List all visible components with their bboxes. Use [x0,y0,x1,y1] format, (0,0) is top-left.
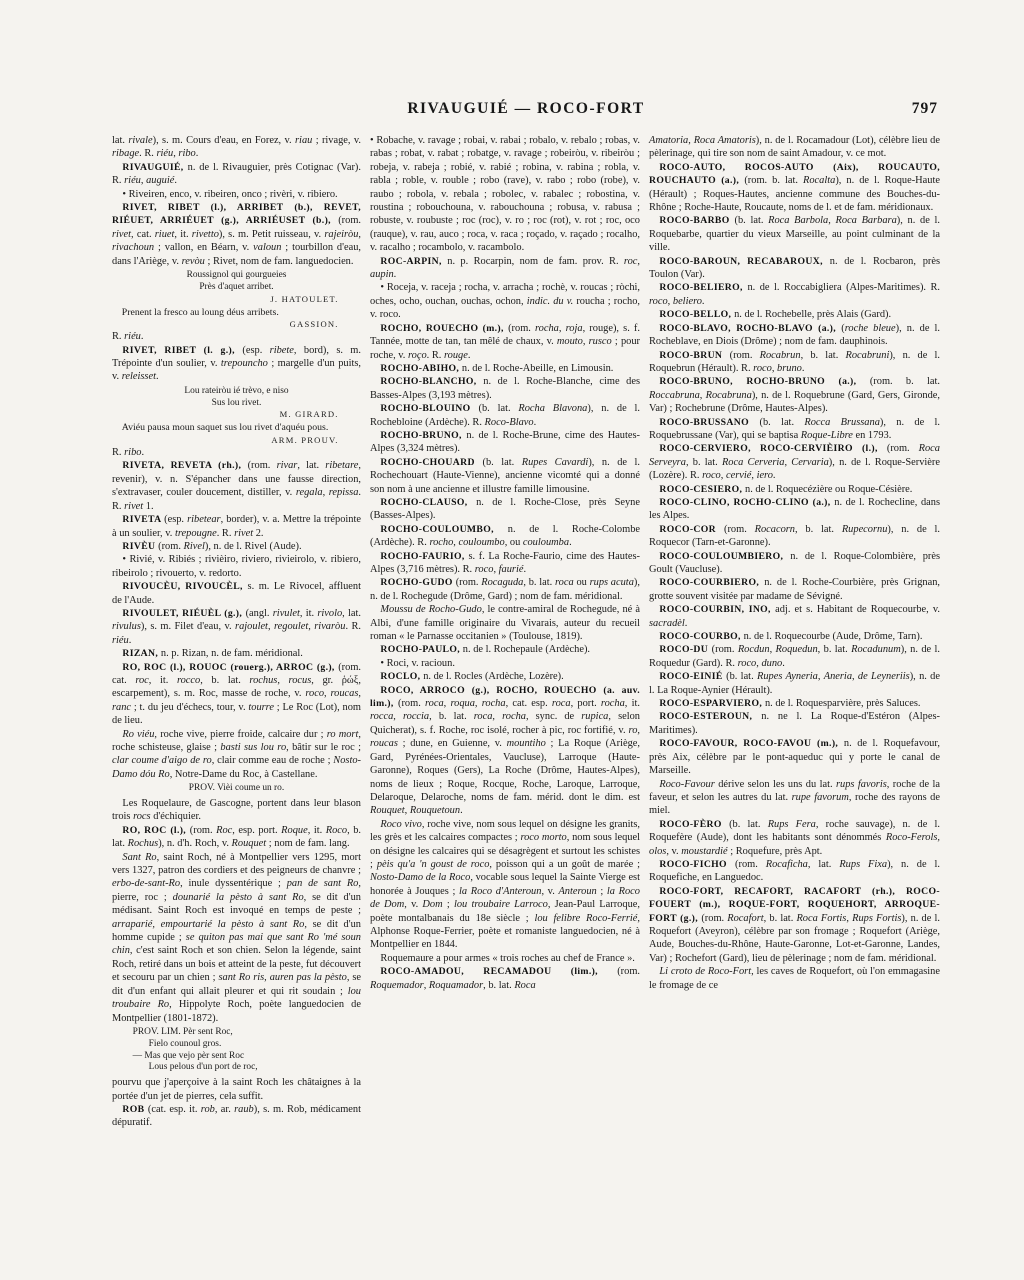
headword: ROCO-ESTEROUN, [659,711,761,722]
column-3: Amatoria, Roca Amatoris), n. de l. Rocam… [649,134,940,1130]
dictionary-entry: ROCHO-BLOUINO (b. lat. Rocha Blavona), n… [370,402,640,429]
headword: ROCO-BELLO, [659,309,734,320]
headword: ROCO-AMADOU, RECAMADOU (lim.), [380,966,617,977]
verse-line: Fielo counoul gros. [133,1039,361,1051]
headword: ROCO-ESPARVIERO, [659,698,765,709]
paragraph: • Riveiren, enco, v. ribeiren, onco ; ri… [112,188,361,201]
headword: RIVOUCÈU, RIVOUCÈL, [122,581,247,592]
headword: ROC-ARPIN, [380,256,447,267]
dictionary-entry: RIVET, RIBET (l.), ARRIBET (b.), REVET, … [112,201,361,268]
headword: ROCHO-BRUNO, [380,430,466,441]
headword: ROCO-BRUSSANO [659,417,759,428]
headword: ROCO-BLAVO, ROCHO-BLAVO (a.), [659,323,841,334]
headword: ROCHO-CHOUARD [380,457,482,468]
dictionary-entry: ROCO-COURBIN, INO, adj. et s. Habitant d… [649,603,940,630]
running-title: RIVAUGUIÉ — ROCO-FORT [112,100,940,118]
dictionary-entry: ROCO-BARBO (b. lat. Roca Barbola, Roca B… [649,214,940,254]
dictionary-entry: ROB (cat. esp. it. rob, ar. raub), s. m.… [112,1103,361,1130]
dictionary-entry: ROCO-FÈRO (b. lat. Rups Fera, roche sauv… [649,818,940,858]
headword: ROCO-CLINO, ROCHO-CLINO (a.), [659,497,834,508]
headword: ROCHO-COULOUMBO, [380,524,507,535]
paragraph: Prenent la fresco au loung déus arribets… [112,307,361,331]
verse-line: Près d'aquet arribet. [112,282,361,294]
dictionary-entry: ROCO-BRUN (rom. Rocabrun, b. lat. Rocabr… [649,349,940,376]
dictionary-entry: ROCHO-GUDO (rom. Rocaguda, b. lat. roca … [370,576,640,603]
headword: ROCO-COULOUMBIERO, [659,551,790,562]
dictionary-entry: ROCO-CESIERO, n. de l. Roquecézière ou R… [649,483,940,496]
paragraph: Ro viéu, roche vive, pierre froide, calc… [112,728,361,782]
verse-line: PROV. Vièi coume un ro. [112,783,361,795]
verse-block: Lou rateiròu ié trèvo, e nisoSus lou riv… [112,386,361,421]
attribution: ARM. PROUV. [112,435,361,446]
headword: ROCO-CESIERO, [659,484,745,495]
text-columns: lat. rivale), s. m. Cours d'eau, en Fore… [112,134,940,1130]
headword: RO, ROC (l.), ROUOC (rouerg.), ARROC (g.… [122,662,338,673]
paragraph: Les Roquelaure, de Gascogne, portent dan… [112,797,361,824]
paragraph: • Roci, v. racioun. [370,657,640,670]
headword: ROCHO-BLANCHO, [380,376,483,387]
dictionary-entry: ROCO-ESPARVIERO, n. de l. Roquesparvière… [649,697,940,710]
dictionary-entry: ROCHO-COULOUMBO, n. de l. Roche-Colombe … [370,523,640,550]
dictionary-entry: ROCO-EINIÉ (b. lat. Rupes Ayneria, Aneri… [649,670,940,697]
paragraph: • Rivié, v. Ribiés ; rivièiro, riviero, … [112,553,361,580]
verse-line: Lou rateiròu ié trèvo, e niso [112,386,361,398]
scanned-dictionary-page: RIVAUGUIÉ — ROCO-FORT 797 lat. rivale), … [0,0,1024,1280]
headword: ROCHO-FAURIO, [380,551,468,562]
dictionary-entry: ROCHO-BRUNO, n. de l. Roche-Brune, cime … [370,429,640,456]
headword: RIVETA, REVETA (rh.), [122,460,247,471]
paragraph: Moussu de Rocho-Gudo, le contre-amiral d… [370,603,640,643]
dictionary-entry: ROCO-FICHO (rom. Rocaficha, lat. Rups Fi… [649,858,940,885]
headword: ROCO-BAROUN, RECABAROUX, [659,256,829,267]
page-content: RIVAUGUIÉ — ROCO-FORT 797 lat. rivale), … [112,100,940,1130]
dictionary-entry: RIZAN, n. p. Rizan, n. de fam. méridiona… [112,647,361,660]
headword: ROCO-COURBIERO, [659,577,764,588]
headword: ROCHO-BLOUINO [380,403,478,414]
dictionary-entry: ROCHO-ABIHO, n. de l. Roche-Abeille, en … [370,362,640,375]
headword: ROCLO, [380,671,423,682]
dictionary-entry: ROCHO, ROUECHO (m.), (rom. rocha, roja, … [370,322,640,362]
dictionary-entry: ROCO-COULOUMBIERO, n. de l. Roque-Colomb… [649,550,940,577]
headword: ROCO-FICHO [659,859,735,870]
dictionary-entry: ROCO-BLAVO, ROCHO-BLAVO (a.), (roche ble… [649,322,940,349]
headword: ROCHO-PAULO, [380,644,462,655]
headword: RIVOULET, RIÉUÈL (g.), [122,608,245,619]
paragraph: pourvu que j'aperçoive à la saint Roch l… [112,1076,361,1103]
dictionary-entry: RIVÈU (rom. Rivel), n. de l. Rivel (Aude… [112,540,361,553]
verse-line: Sus lou rivet. [112,398,361,410]
verse-block: Roussignol qui gourgueiesPrès d'aquet ar… [112,270,361,305]
dictionary-entry: RIVAUGUIÉ, n. de l. Rivauguier, près Cot… [112,161,361,188]
paragraph: Amatoria, Roca Amatoris), n. de l. Rocam… [649,134,940,161]
headword: RIVET, RIBET (l.), ARRIBET (b.), REVET, … [112,202,361,226]
headword: ROCO-COURBIN, INO, [659,604,775,615]
paragraph: • Roceja, v. raceja ; rocha, v. arracha … [370,281,640,321]
headword: ROCO-FÈRO [659,819,729,830]
headword: ROB [122,1104,148,1115]
headword: ROCO-DU [659,644,711,655]
dictionary-entry: RIVETA (esp. ribetear, border), v. a. Me… [112,513,361,540]
dictionary-entry: RIVOULET, RIÉUÈL (g.), (angl. rivulet, i… [112,607,361,647]
verse-line: Roussignol qui gourgueies [112,270,361,282]
paragraph: Roco-Favour dérive selon les uns du lat.… [649,778,940,818]
dictionary-entry: ROC-ARPIN, n. p. Rocarpin, nom de fam. p… [370,255,640,282]
dictionary-entry: ROCO, ARROCO (g.), ROCHO, ROUECHO (a. au… [370,684,640,818]
dictionary-entry: RIVET, RIBET (l. g.), (esp. ribete, bord… [112,344,361,384]
headword: ROCO-FAVOUR, ROCO-FAVOU (m.), [659,738,843,749]
paragraph: lat. rivale), s. m. Cours d'eau, en Fore… [112,134,361,161]
headword: RIZAN, [122,648,161,659]
headword: RIVÈU [122,541,158,552]
dictionary-entry: ROCO-CERVIERO, ROCO-CERVIÈIRO (l.), (rom… [649,442,940,482]
paragraph: Roco vivo, roche vive, nom sous lequel o… [370,818,640,952]
dictionary-entry: ROCHO-PAULO, n. de l. Rochepaule (Ardèch… [370,643,640,656]
dictionary-entry: ROCO-COR (rom. Rocacorn, b. lat. Rupecor… [649,523,940,550]
headword: ROCO-CERVIERO, ROCO-CERVIÈIRO (l.), [659,443,886,454]
headword: ROCO-BRUN [659,350,729,361]
headword: ROCO-EINIÉ [659,671,726,682]
headword: RIVET, RIBET (l. g.), [122,345,242,356]
dictionary-entry: ROCO-BAROUN, RECABAROUX, n. de l. Rocbar… [649,255,940,282]
dictionary-entry: ROCO-AUTO, ROCOS-AUTO (Aix), ROUCAUTO, R… [649,161,940,215]
dictionary-entry: ROCHO-CHOUARD (b. lat. Rupes Cavardi), n… [370,456,640,496]
attribution: M. GIRARD. [112,409,361,420]
headword: RIVAUGUIÉ, [122,162,187,173]
dictionary-entry: ROCO-CLINO, ROCHO-CLINO (a.), n. de l. R… [649,496,940,523]
paragraph: Li croto de Roco-Fort, les caves de Roqu… [649,965,940,992]
headword: ROCO-AUTO, ROCOS-AUTO (Aix), ROUCAUTO, R… [649,162,940,186]
paragraph: Roquemaure a pour armes « trois roches a… [370,952,640,965]
dictionary-entry: ROCLO, n. de l. Rocles (Ardèche, Lozère)… [370,670,640,683]
headword: ROCHO-ABIHO, [380,363,462,374]
verse-line: PROV. LIM. Pèr sent Roc, [133,1027,361,1039]
paragraph: R. ribo. [112,446,361,459]
dictionary-entry: ROCO-FORT, RECAFORT, RACAFORT (rh.), ROC… [649,885,940,965]
page-number: 797 [912,100,938,118]
headword: ROCO-COR [659,524,724,535]
dictionary-entry: ROCHO-CLAUSO, n. de l. Roche-Close, près… [370,496,640,523]
page-header: RIVAUGUIÉ — ROCO-FORT 797 [112,100,940,126]
headword: ROCO-COURBO, [659,631,743,642]
dictionary-entry: ROCO-COURBO, n. de l. Roquecourbe (Aude,… [649,630,940,643]
verse-line: — Mas que vejo pèr sent Roc [133,1051,361,1063]
dictionary-entry: RO, ROC (l.), ROUOC (rouerg.), ARROC (g.… [112,661,361,728]
verse-block: PROV. Vièi coume un ro. [112,783,361,795]
dictionary-entry: ROCO-AMADOU, RECAMADOU (lim.), (rom. Roq… [370,965,640,992]
column-1: lat. rivale), s. m. Cours d'eau, en Fore… [112,134,361,1130]
headword: ROCO-BELIERO, [659,282,747,293]
headword: ROCHO, ROUECHO (m.), [380,323,508,334]
dictionary-entry: ROCO-FAVOUR, ROCO-FAVOU (m.), n. de l. R… [649,737,940,777]
dictionary-entry: ROCO-BRUSSANO (b. lat. Rocca Brussana), … [649,416,940,443]
dictionary-entry: RO, ROC (l.), (rom. Roc, esp. port. Roqu… [112,824,361,851]
dictionary-entry: ROCHO-FAURIO, s. f. La Roche-Faurio, cim… [370,550,640,577]
dictionary-entry: ROCO-BRUNO, ROCHO-BRUNO (a.), (rom. b. l… [649,375,940,415]
headword: ROCHO-CLAUSO, [380,497,476,508]
dictionary-entry: ROCO-COURBIERO, n. de l. Roche-Courbière… [649,576,940,603]
headword: RO, ROC (l.), [122,825,189,836]
dictionary-entry: ROCO-ESTEROUN, n. ne l. La Roque-d'Estér… [649,710,940,737]
dictionary-entry: ROCO-DU (rom. Rocdun, Roquedun, b. lat. … [649,643,940,670]
paragraph: • Robache, v. ravage ; robai, v. rabai ;… [370,134,640,255]
dictionary-entry: ROCO-BELIERO, n. de l. Roccabigliera (Al… [649,281,940,308]
dictionary-entry: ROCHO-BLANCHO, n. de l. Roche-Blanche, c… [370,375,640,402]
headword: ROCHO-GUDO [380,577,455,588]
column-2: • Robache, v. ravage ; robai, v. rabai ;… [370,134,640,1130]
dictionary-entry: RIVETA, REVETA (rh.), (rom. rivar, lat. … [112,459,361,513]
paragraph: R. riéu. [112,330,361,343]
dictionary-entry: RIVOUCÈU, RIVOUCÈL, s. m. Le Rivocel, af… [112,580,361,607]
headword: ROCO-BRUNO, ROCHO-BRUNO (a.), [659,376,869,387]
attribution: GASSION. [112,319,361,330]
verse-block: PROV. LIM. Pèr sent Roc,Fielo counoul gr… [133,1027,361,1074]
headword: ROCO-BARBO [659,215,734,226]
paragraph: Aviéu pausa moun saquet sus lou rivet d'… [112,422,361,446]
verse-line: Lous pelous d'un port de roc, [133,1062,361,1074]
dictionary-entry: ROCO-BELLO, n. de l. Rochebelle, près Al… [649,308,940,321]
attribution: J. HATOULET. [112,294,361,305]
paragraph: Sant Ro, saint Roch, né à Montpellier ve… [112,851,361,1025]
headword: RIVETA [122,514,164,525]
